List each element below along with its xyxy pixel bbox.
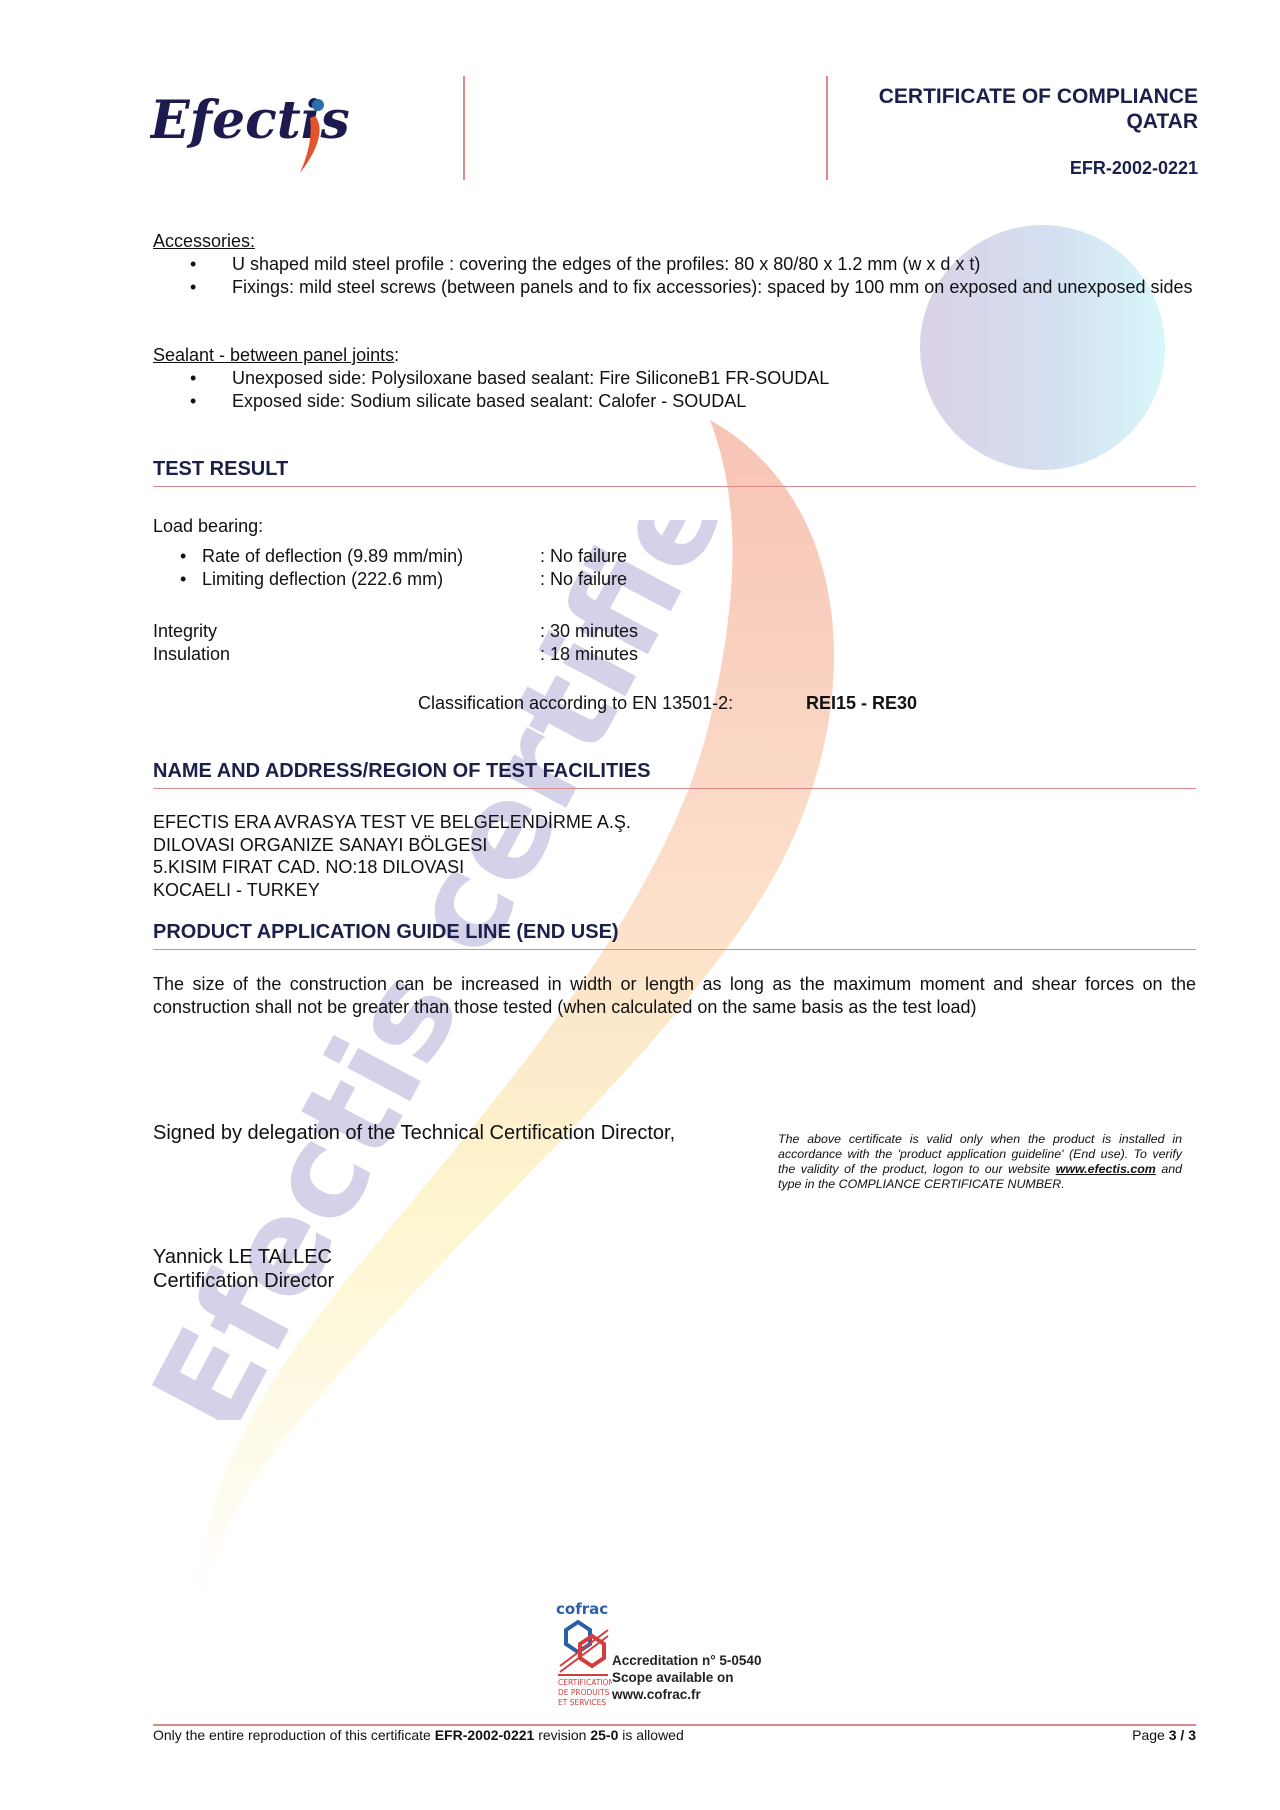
efectis-website-link[interactable]: www.efectis.com — [1056, 1162, 1156, 1176]
classification-value: REI15 - RE30 — [806, 692, 917, 715]
sealant-list: Unexposed side: Polysiloxane based seala… — [190, 367, 1196, 413]
load-bearing-value: : No failure — [540, 545, 627, 568]
insulation-value: : 18 minutes — [540, 643, 638, 666]
load-bearing-label: Load bearing: — [153, 515, 263, 538]
cofrac-logo: cofrac CERTIFICATION DE PRODUITS ET SERV… — [556, 1600, 612, 1708]
facilities-heading: NAME AND ADDRESS/REGION OF TEST FACILITI… — [153, 760, 1196, 789]
accessories-list: U shaped mild steel profile : covering t… — [190, 253, 1196, 299]
signatory-role: Certification Director — [153, 1269, 334, 1293]
sealant-heading: Sealant - between panel joints: — [153, 344, 399, 367]
load-bearing-item: •Rate of deflection (9.89 mm/min) — [180, 545, 463, 568]
svg-text:cofrac: cofrac — [556, 1600, 608, 1618]
svg-text:CERTIFICATION: CERTIFICATION — [558, 1678, 612, 1687]
svg-text:ET SERVICES: ET SERVICES — [558, 1698, 606, 1707]
page-number: Page 3 / 3 — [1132, 1727, 1196, 1743]
signatory: Yannick LE TALLEC Certification Director — [153, 1245, 334, 1293]
signature-delegation: Signed by delegation of the Technical Ce… — [153, 1122, 675, 1145]
svg-text:Efectis: Efectis — [150, 90, 350, 151]
efectis-logo: Efectis — [150, 88, 410, 183]
insulation-label: Insulation — [153, 643, 230, 666]
list-item: U shaped mild steel profile : covering t… — [190, 253, 1196, 276]
list-item: Fixings: mild steel screws (between pane… — [190, 276, 1196, 299]
cofrac-website-link[interactable]: www.cofrac.fr — [612, 1686, 761, 1703]
load-bearing-value: : No failure — [540, 568, 627, 591]
accessories-heading: Accessories: — [153, 230, 255, 253]
load-bearing-item: •Limiting deflection (222.6 mm) — [180, 568, 443, 591]
header-divider — [826, 76, 828, 180]
certificate-number: EFR-2002-0221 — [1070, 158, 1198, 179]
test-result-heading: TEST RESULT — [153, 458, 1196, 487]
footer-divider — [153, 1724, 1196, 1726]
svg-text:DE PRODUITS: DE PRODUITS — [558, 1688, 610, 1697]
validity-note: The above certificate is valid only when… — [778, 1132, 1182, 1192]
facilities-address: EFECTIS ERA AVRASYA TEST VE BELGELENDİRM… — [153, 811, 631, 901]
end-use-heading: PRODUCT APPLICATION GUIDE LINE (END USE) — [153, 921, 1196, 950]
list-item: Unexposed side: Polysiloxane based seala… — [190, 367, 1196, 390]
integrity-label: Integrity — [153, 620, 217, 643]
list-item: Exposed side: Sodium silicate based seal… — [190, 390, 1196, 413]
header-divider — [463, 76, 465, 180]
classification-label: Classification according to EN 13501-2: — [418, 692, 733, 715]
integrity-value: : 30 minutes — [540, 620, 638, 643]
certificate-title: CERTIFICATE OF COMPLIANCE QATAR — [879, 84, 1198, 134]
end-use-text: The size of the construction can be incr… — [153, 973, 1196, 1019]
footer-reproduction-note: Only the entire reproduction of this cer… — [153, 1727, 684, 1743]
cofrac-accreditation: Accreditation n° 5-0540 Scope available … — [612, 1652, 761, 1703]
signatory-name: Yannick LE TALLEC — [153, 1245, 334, 1269]
